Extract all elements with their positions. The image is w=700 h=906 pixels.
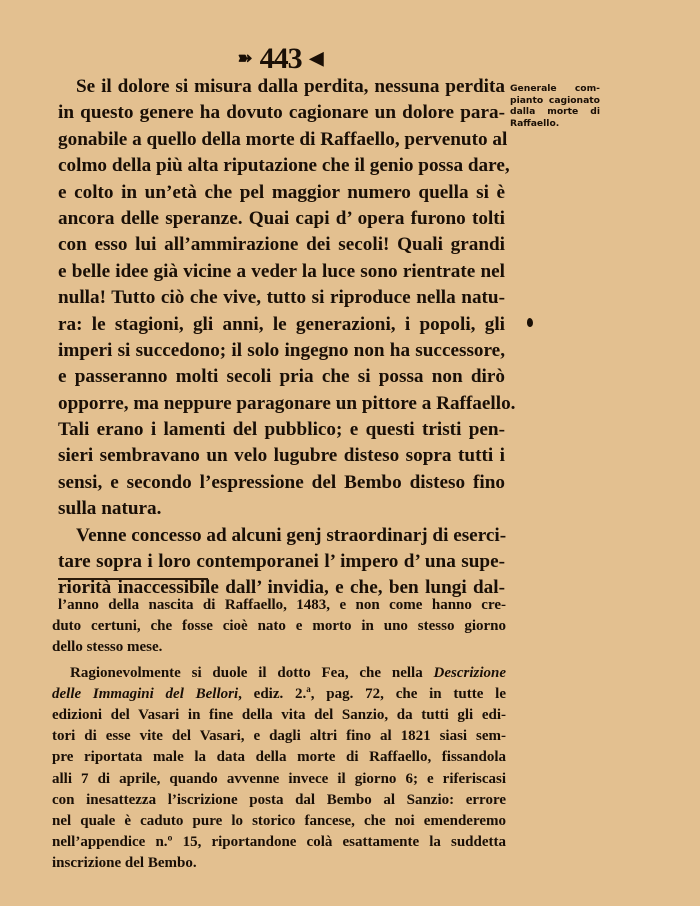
page-number: ➽443◀	[0, 42, 630, 76]
footnote-line: inscrizione del Bembo.	[52, 853, 506, 874]
text-line: ancora delle speranze. Quai capi d’ oper…	[58, 206, 505, 232]
text-line: Venne concesso ad alcuni genj straordina…	[58, 523, 505, 549]
footnote-text: Ragionevolmente si duole il dotto Fea, c…	[70, 665, 434, 681]
text-line: Tali erano i lamenti del pubblico; e que…	[58, 417, 505, 443]
book-title: Descrizione	[434, 665, 507, 681]
footnote-line: delle Immagini del Bellori, ediz. 2.a, p…	[52, 684, 506, 705]
text-line: sulla natura.	[58, 496, 505, 522]
page-number-value: 443	[260, 42, 302, 75]
footnote-line: edizioni del Vasari in fine della vita d…	[52, 705, 506, 726]
footnote-line: dello stesso mese.	[52, 637, 506, 658]
footnotes: l’anno della nascita di Raffaello, 1483,…	[52, 595, 506, 874]
footnote-line: alli 7 di aprile, quando avvenne invece …	[52, 769, 506, 790]
text-line: sensi, e secondo l’espressione del Bembo…	[58, 470, 505, 496]
sidenote-line: Generale com-	[510, 83, 600, 95]
book-title: delle Immagini del Bellori	[52, 686, 238, 702]
text-line: colmo della più alta riputazione che il …	[58, 153, 505, 179]
text-line: con esso lui all’ammirazione dei secoli!…	[58, 232, 505, 258]
ornament-right-icon: ◀	[310, 48, 323, 69]
footnote-line: Ragionevolmente si duole il dotto Fea, c…	[52, 663, 506, 684]
ink-mark	[527, 318, 533, 327]
text-line: ra: le stagioni, gli anni, le generazion…	[58, 312, 505, 338]
footnote-line: nel quale è caduto pure lo storico fance…	[52, 811, 506, 832]
footnote-separator	[58, 578, 208, 580]
text-line: gonabile a quello della morte di Raffael…	[58, 127, 505, 153]
text-line: e passeranno molti secoli pria che si po…	[58, 364, 505, 390]
footnote-text: , ediz. 2.	[238, 686, 306, 702]
sidenote-line: pianto cagionato	[510, 95, 600, 107]
text-line: opporre, ma neppure paragonare un pittor…	[58, 391, 505, 417]
footnote-line: duto certuni, che fosse cioè nato e mort…	[52, 616, 506, 637]
footnote-line: pre riportata male la data della morte d…	[52, 747, 506, 768]
margin-sidenote: Generale com- pianto cagionato dalla mor…	[510, 83, 600, 129]
footnote-line: nell’appendice n.º 15, riportandone colà…	[52, 832, 506, 853]
footnote-line: l’anno della nascita di Raffaello, 1483,…	[52, 595, 506, 616]
footnote-text: , pag. 72, che in tutte le	[311, 686, 506, 702]
footnote-line: tori di esse vite del Vasari, e dagli al…	[52, 726, 506, 747]
text-line: imperi si succedono; il solo ingegno non…	[58, 338, 505, 364]
text-line: e belle idee già vicine a veder la luce …	[58, 259, 505, 285]
sidenote-line: dalla morte di	[510, 106, 600, 118]
text-line: sieri sembravano un velo lugubre disteso…	[58, 443, 505, 469]
main-text: Se il dolore si misura dalla perdita, ne…	[58, 74, 505, 602]
text-line: tare sopra i loro contemporanei l’ imper…	[58, 549, 505, 575]
ornament-left-icon: ➽	[238, 48, 252, 69]
footnote-line: con inesattezza l’iscrizione posta dal B…	[52, 790, 506, 811]
text-line: e colto in un’età che pel maggior numero…	[58, 180, 505, 206]
text-line: nulla! Tutto ciò che vive, tutto si ripr…	[58, 285, 505, 311]
text-line: in questo genere ha dovuto cagionare un …	[58, 100, 505, 126]
sidenote-line: Raffaello.	[510, 118, 600, 130]
text-line: Se il dolore si misura dalla perdita, ne…	[58, 74, 505, 100]
